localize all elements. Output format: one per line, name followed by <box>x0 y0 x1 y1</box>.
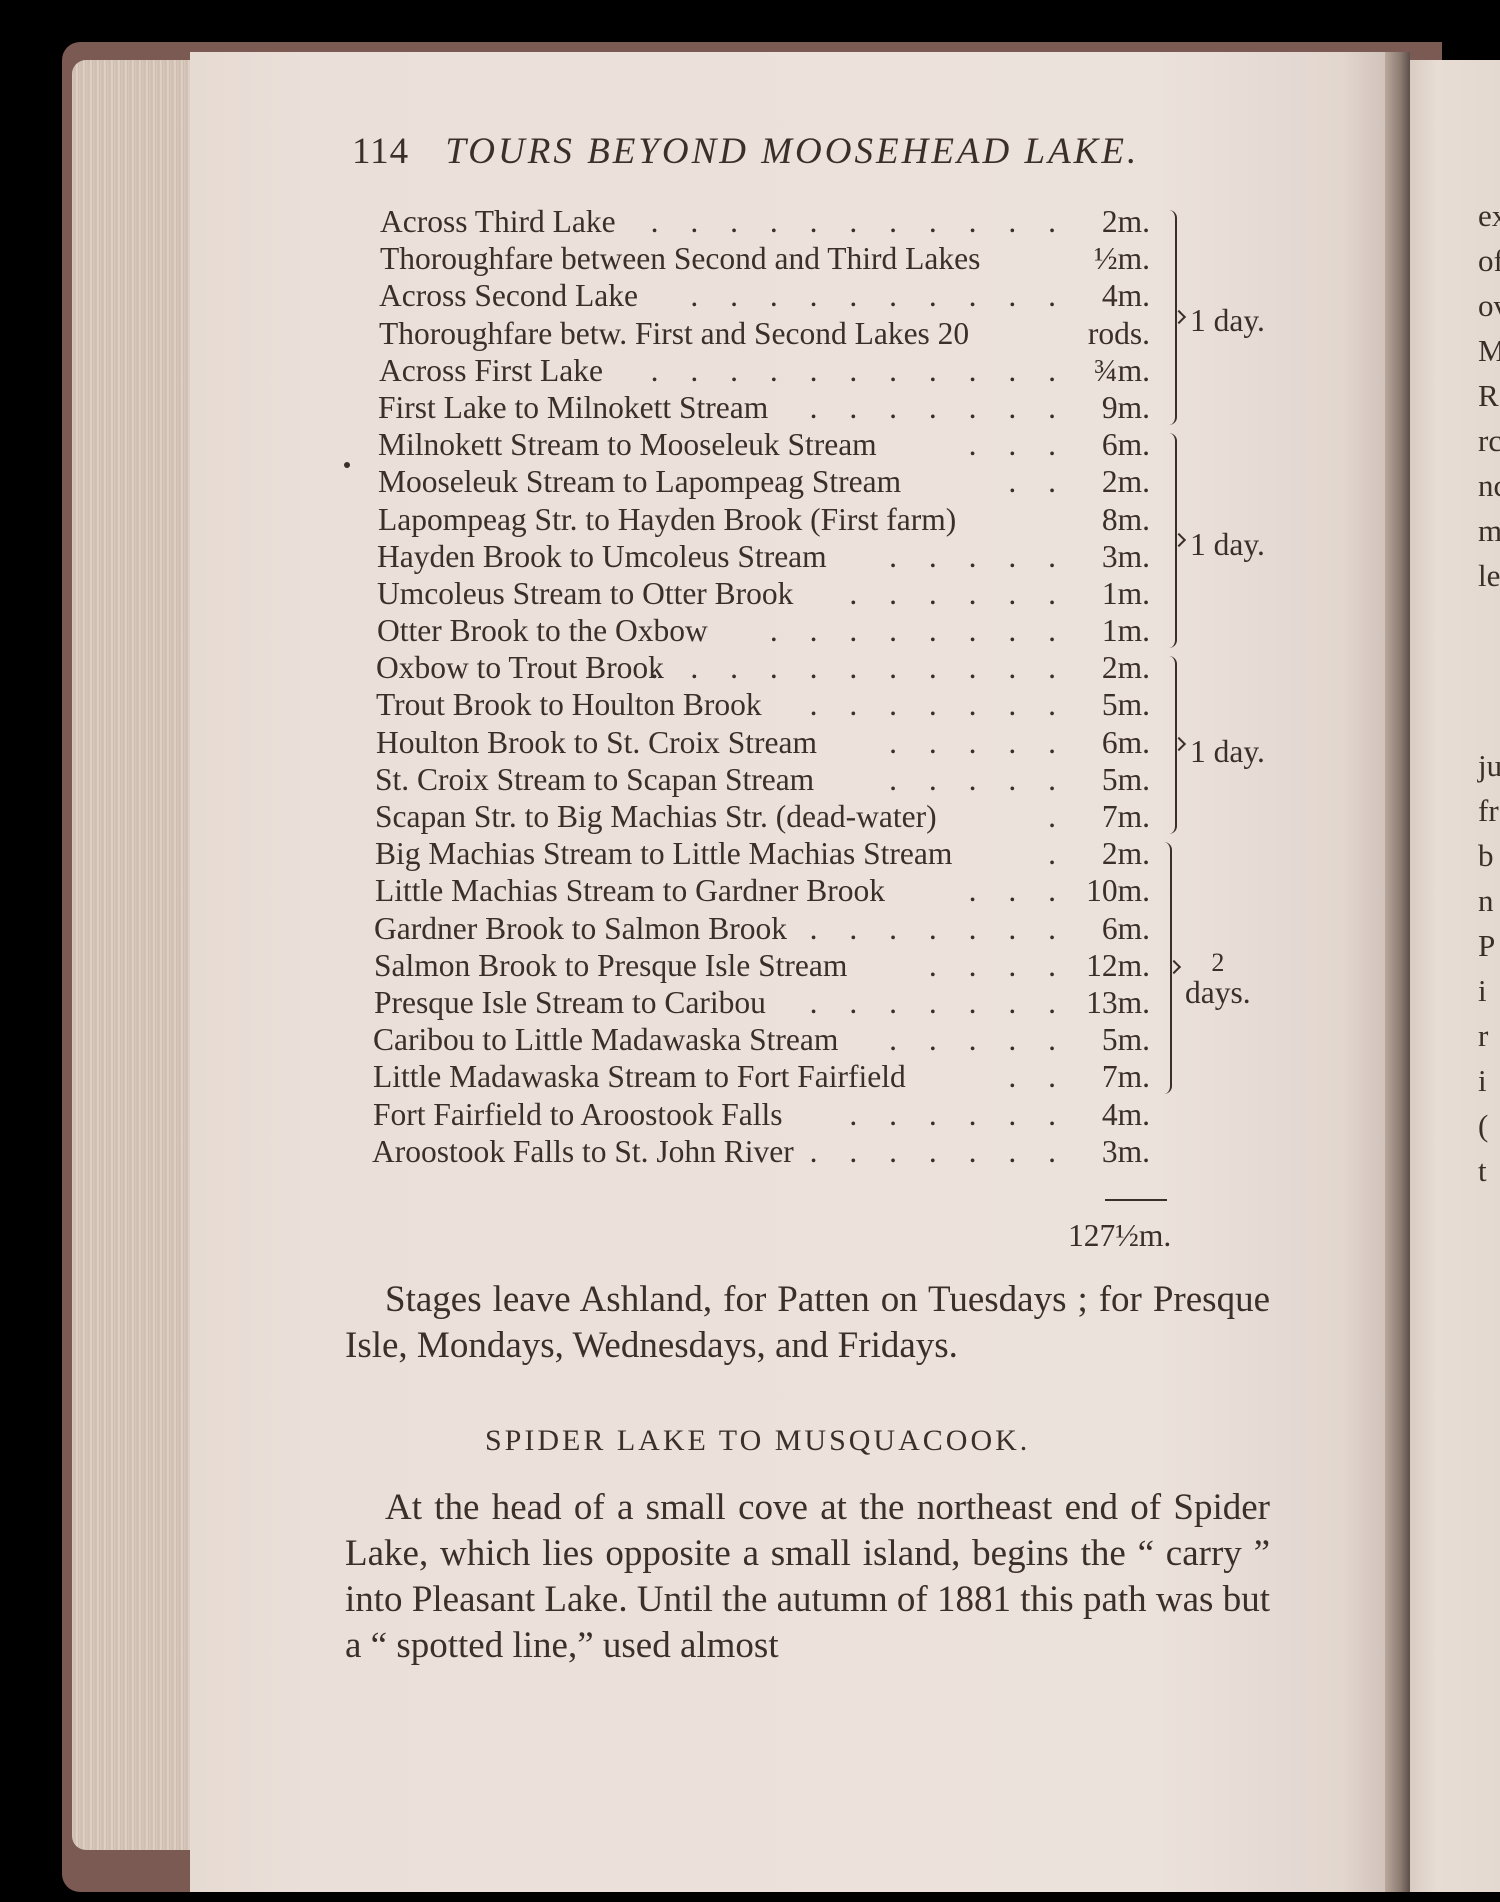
route-segment: Fort Fairfield to Aroostook Falls <box>373 1096 783 1133</box>
running-header: 114 TOURS BEYOND MOOSEHEAD LAKE. <box>352 130 1139 173</box>
route-segment: Gardner Brook to Salmon Brook <box>374 910 787 947</box>
route-segment: Aroostook Falls to St. John River <box>372 1133 794 1170</box>
route-segment: First Lake to Milnokett Stream <box>378 389 768 426</box>
route-segment: Salmon Brook to Presque Isle Stream <box>374 947 847 984</box>
route-segment: Across Second Lake <box>379 277 638 314</box>
facing-page-text-fragment: rc <box>1478 425 1500 456</box>
segment-distance: 2m. <box>1102 835 1150 872</box>
segment-distance: ¾m. <box>1094 352 1150 389</box>
leader-dots: . . . . . <box>889 538 1068 575</box>
route-segment: Scapan Str. to Big Machias Str. (dead-wa… <box>375 798 937 835</box>
facing-page-text-fragment: ex <box>1478 200 1500 231</box>
itinerary-row: Oxbow to Trout Brook. . . . . . . . . . … <box>380 649 1160 686</box>
segment-distance: ½m. <box>1094 240 1150 277</box>
itinerary-row: Big Machias Stream to Little Machias Str… <box>380 835 1160 872</box>
segment-distance: 2m. <box>1102 203 1150 240</box>
leader-dots: . . <box>1008 463 1068 500</box>
facing-page-text-fragment: fr <box>1478 795 1499 826</box>
route-segment: Milnokett Stream to Mooseleuk Stream <box>378 426 877 463</box>
day-label-3: 1 day. <box>1190 735 1265 769</box>
stages-paragraph: Stages leave Ashland, for Patten on Tues… <box>345 1277 1270 1369</box>
segment-distance: 3m. <box>1102 1133 1150 1170</box>
itinerary-row: Lapompeag Str. to Hayden Brook (First fa… <box>380 501 1160 538</box>
day-label-1: 1 day. <box>1190 304 1265 338</box>
itinerary-table: Across Third Lake. . . . . . . . . . .2m… <box>380 203 1160 1170</box>
facing-page-text-fragment: ( <box>1478 1110 1488 1141</box>
segment-distance: 12m. <box>1086 947 1150 984</box>
leader-dots: . . . . . <box>889 724 1068 761</box>
facing-page-text-fragment: ov <box>1478 290 1500 321</box>
route-segment: Big Machias Stream to Little Machias Str… <box>375 835 952 872</box>
route-segment: Thoroughfare between Second and Third La… <box>380 240 980 277</box>
leader-dots: . . . . . . . . . . . <box>651 352 1068 389</box>
route-segment: Umcoleus Stream to Otter Brook <box>377 575 793 612</box>
leader-dots: . . . . . . <box>849 575 1068 612</box>
itinerary-row: St. Croix Stream to Scapan Stream. . . .… <box>380 761 1160 798</box>
route-segment: Mooseleuk Stream to Lapompeag Stream <box>378 463 901 500</box>
route-segment: Caribou to Little Madawaska Stream <box>373 1021 838 1058</box>
facing-page-text-fragment: t <box>1478 1155 1487 1186</box>
page-number: 114 <box>352 131 409 172</box>
leader-dots: . . . . . . . . <box>770 612 1068 649</box>
segment-distance: 3m. <box>1102 538 1150 575</box>
itinerary-row: Mooseleuk Stream to Lapompeag Stream. .2… <box>380 463 1160 500</box>
facing-page-text-fragment: b <box>1478 840 1494 871</box>
leader-dots: . . . . . . . <box>810 910 1068 947</box>
itinerary-row: Presque Isle Stream to Caribou. . . . . … <box>380 984 1160 1021</box>
itinerary-row: Across Second Lake. . . . . . . . . .4m. <box>380 277 1160 314</box>
segment-distance: 4m. <box>1102 1096 1150 1133</box>
day-bracket-4 <box>1160 842 1172 1094</box>
route-segment: Across Third Lake <box>380 203 616 240</box>
facing-page-text-fragment: R <box>1478 380 1499 411</box>
leader-dots: . . . . . <box>889 761 1068 798</box>
segment-distance: rods. <box>1088 315 1150 352</box>
itinerary-row: Trout Brook to Houlton Brook. . . . . . … <box>380 686 1160 723</box>
segment-distance: 1m. <box>1102 612 1150 649</box>
segment-distance: 1m. <box>1102 575 1150 612</box>
leader-dots: . . . . . . . <box>810 984 1068 1021</box>
segment-distance: 9m. <box>1102 389 1150 426</box>
route-segment: Houlton Brook to St. Croix Stream <box>376 724 817 761</box>
route-segment: St. Croix Stream to Scapan Stream <box>375 761 814 798</box>
leader-dots: . . . . . <box>889 1021 1068 1058</box>
total-distance: 127½m. <box>1068 1218 1171 1254</box>
leader-dots: . . . <box>969 872 1068 909</box>
itinerary-row: Salmon Brook to Presque Isle Stream. . .… <box>380 947 1160 984</box>
segment-distance: 10m. <box>1086 872 1150 909</box>
book-gutter <box>1385 52 1410 1892</box>
itinerary-row: Across First Lake. . . . . . . . . . .¾m… <box>380 352 1160 389</box>
facing-page-text-fragment: n <box>1478 885 1494 916</box>
segment-distance: 5m. <box>1102 1021 1150 1058</box>
itinerary-row: Across Third Lake. . . . . . . . . . .2m… <box>380 203 1160 240</box>
itinerary-row: Fort Fairfield to Aroostook Falls. . . .… <box>380 1096 1160 1133</box>
leader-dots: . <box>1048 798 1068 835</box>
segment-distance: 13m. <box>1086 984 1150 1021</box>
leader-dots: . . . . . . . . . . . <box>651 649 1068 686</box>
segment-distance: 6m. <box>1102 426 1150 463</box>
facing-page-text-fragment: ju <box>1478 750 1500 781</box>
route-segment: Little Madawaska Stream to Fort Fairfiel… <box>373 1058 906 1095</box>
route-segment: Little Machias Stream to Gardner Brook <box>375 872 885 909</box>
facing-page-text-fragment: P <box>1478 930 1495 961</box>
itinerary-row: Umcoleus Stream to Otter Brook. . . . . … <box>380 575 1160 612</box>
facing-page-text-fragment: le <box>1478 560 1500 591</box>
segment-distance: 5m. <box>1102 761 1150 798</box>
segment-distance: 5m. <box>1102 686 1150 723</box>
facing-page-text-fragment: r <box>1478 1020 1488 1051</box>
route-segment: Otter Brook to the Oxbow <box>377 612 708 649</box>
itinerary-row: Gardner Brook to Salmon Brook. . . . . .… <box>380 910 1160 947</box>
day-label-4-number: 2 <box>1185 950 1251 976</box>
route-segment: Hayden Brook to Umcoleus Stream <box>377 538 827 575</box>
route-segment: Oxbow to Trout Brook <box>376 649 664 686</box>
itinerary-row: Milnokett Stream to Mooseleuk Stream. . … <box>380 426 1160 463</box>
day-label-2: 1 day. <box>1190 528 1265 562</box>
segment-distance: 8m. <box>1102 501 1150 538</box>
route-segment: Lapompeag Str. to Hayden Brook (First fa… <box>378 501 956 538</box>
itinerary-row: First Lake to Milnokett Stream. . . . . … <box>380 389 1160 426</box>
facing-page: exofovMRrcncmlejufrbnPiri(t <box>1410 60 1500 1892</box>
section-paragraph: At the head of a small cove at the north… <box>345 1485 1270 1669</box>
itinerary-row: Thoroughfare between Second and Third La… <box>380 240 1160 277</box>
leader-dots: . . <box>1008 1058 1068 1095</box>
itinerary-row: Scapan Str. to Big Machias Str. (dead-wa… <box>380 798 1160 835</box>
itinerary-row: Little Madawaska Stream to Fort Fairfiel… <box>380 1058 1160 1095</box>
day-label-4: 2 days. <box>1185 950 1251 1010</box>
day-bracket-3 <box>1165 656 1177 834</box>
segment-distance: 2m. <box>1102 463 1150 500</box>
facing-page-text-fragment: m <box>1478 515 1500 546</box>
segment-distance: 6m. <box>1102 910 1150 947</box>
segment-distance: 7m. <box>1102 1058 1150 1095</box>
facing-page-text-fragment: M <box>1478 335 1500 366</box>
route-segment: Trout Brook to Houlton Brook <box>376 686 762 723</box>
leader-dots: . . . <box>969 426 1068 463</box>
day-label-4-unit: days. <box>1185 976 1251 1010</box>
leader-dots: . . . . . . . . . . . <box>651 203 1068 240</box>
facing-page-text-fragment: nc <box>1478 470 1500 501</box>
leader-dots: . . . . <box>929 947 1068 984</box>
itinerary-row: Little Machias Stream to Gardner Brook. … <box>380 872 1160 909</box>
leader-dots: . . . . . . . . . . <box>690 277 1068 314</box>
itinerary-row: Caribou to Little Madawaska Stream. . . … <box>380 1021 1160 1058</box>
leader-dots: . <box>1048 835 1068 872</box>
running-title: TOURS BEYOND MOOSEHEAD LAKE. <box>445 131 1139 172</box>
facing-page-text-fragment: of <box>1478 245 1500 276</box>
itinerary-row: Otter Brook to the Oxbow. . . . . . . .1… <box>380 612 1160 649</box>
route-segment: Thoroughfare betw. First and Second Lake… <box>379 315 969 352</box>
day-bracket-2 <box>1165 433 1177 648</box>
facing-page-text-fragment: i <box>1478 1065 1487 1096</box>
itinerary-row: Aroostook Falls to St. John River. . . .… <box>380 1133 1160 1170</box>
segment-distance: 4m. <box>1102 277 1150 314</box>
itinerary-row: Thoroughfare betw. First and Second Lake… <box>380 315 1160 352</box>
leader-dots: . . . . . . <box>849 1096 1068 1133</box>
itinerary-row: Hayden Brook to Umcoleus Stream. . . . .… <box>380 538 1160 575</box>
segment-distance: 7m. <box>1102 798 1150 835</box>
section-heading: SPIDER LAKE TO MUSQUACOOK. <box>485 1424 1030 1458</box>
total-rule <box>1105 1199 1167 1201</box>
leader-dots: . . . . . . . <box>810 686 1068 723</box>
segment-distance: 2m. <box>1102 649 1150 686</box>
facing-page-text-fragment: i <box>1478 975 1487 1006</box>
margin-speck <box>344 462 350 468</box>
route-segment: Presque Isle Stream to Caribou <box>374 984 766 1021</box>
route-segment: Across First Lake <box>379 352 603 389</box>
page-edges <box>72 60 202 1850</box>
day-bracket-1 <box>1165 210 1177 425</box>
leader-dots: . . . . . . . <box>810 389 1068 426</box>
itinerary-row: Houlton Brook to St. Croix Stream. . . .… <box>380 724 1160 761</box>
segment-distance: 6m. <box>1102 724 1150 761</box>
leader-dots: . . . . . . . <box>810 1133 1068 1170</box>
